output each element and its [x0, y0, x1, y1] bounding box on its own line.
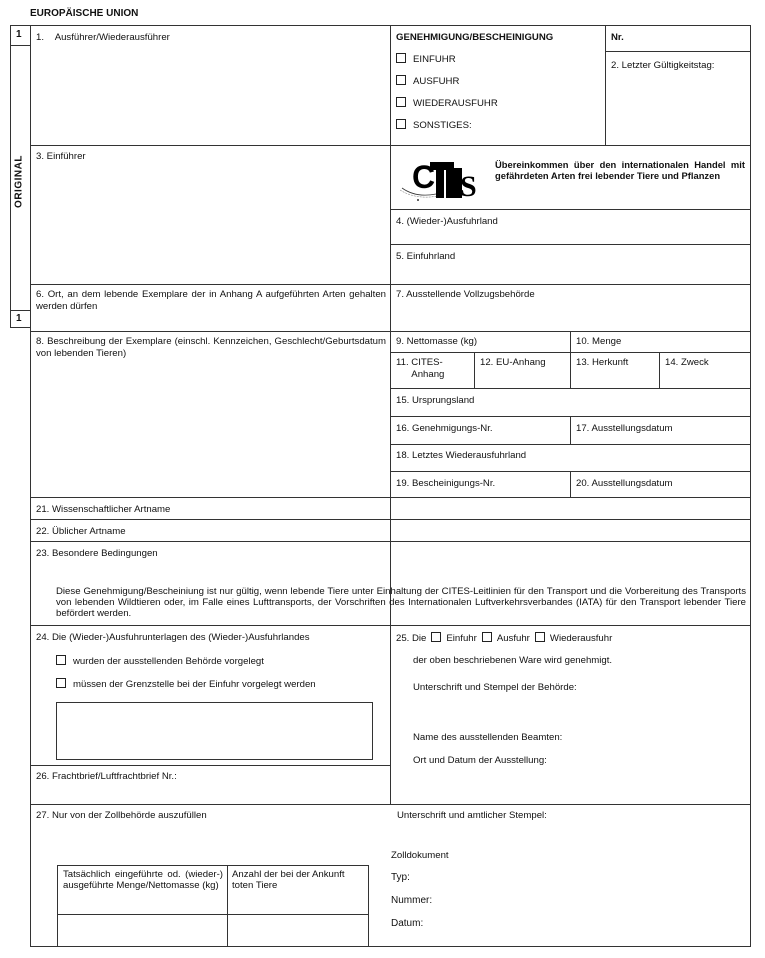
form-header-title: EUROPÄISCHE UNION	[30, 8, 138, 19]
box15-origin-country-field[interactable]: 15. Ursprungsland	[396, 395, 474, 407]
box3-importer-field[interactable]: 3. Einführer	[36, 151, 86, 163]
margin-bottom	[10, 327, 30, 328]
row-sep-22	[30, 541, 750, 542]
margin-divider-top	[10, 45, 30, 46]
option-ausfuhr[interactable]: AUSFUHR	[396, 75, 459, 88]
row-sep-21	[30, 519, 750, 520]
box14-purpose-field[interactable]: 14. Zweck	[665, 357, 709, 369]
box24-entry-area[interactable]	[56, 702, 373, 760]
margin-divider-bottom	[10, 310, 30, 311]
cites-convention-text: Übereinkommen über den internationalen H…	[495, 159, 745, 181]
margin-left	[10, 25, 11, 328]
box2-expiry-field[interactable]: 2. Letzter Gültigkeitstag:	[611, 60, 714, 72]
mask-18	[568, 445, 572, 471]
checkbox-25-wiederausfuhr[interactable]	[535, 632, 545, 642]
customs-date-field[interactable]: Datum:	[391, 918, 423, 930]
box9-net-mass-field[interactable]: 9. Nettomasse (kg)	[396, 336, 477, 348]
box16-permit-number-field[interactable]: 16. Genehmigungs-Nr.	[396, 423, 493, 435]
box27-customs-label: 27. Nur von der Zollbehörde auszufüllen	[36, 810, 207, 822]
box22-common-name-field[interactable]: 22. Üblicher Artname	[36, 526, 126, 538]
box10-quantity-field[interactable]: 10. Menge	[576, 336, 621, 348]
box11-cites-appendix-field[interactable]: 11. CITES-Anhang	[396, 357, 451, 381]
permit-type-title: GENEHMIGUNG/BESCHEINIGUNG	[396, 32, 553, 44]
option-wiederausfuhr[interactable]: WIEDERAUSFUHR	[396, 97, 498, 110]
frame-left	[30, 25, 31, 947]
box19-certificate-number-field[interactable]: 19. Bescheinigungs-Nr.	[396, 478, 495, 490]
copy-number-bottom: 1	[16, 313, 22, 324]
box26-waybill-field[interactable]: 26. Frachtbrief/Luftfrachtbrief Nr.:	[36, 771, 177, 783]
box20-issue-date-field[interactable]: 20. Ausstellungsdatum	[576, 478, 673, 490]
row-sep-19	[30, 497, 750, 498]
checkbox-25-einfuhr[interactable]	[431, 632, 441, 642]
row-sep-4	[390, 244, 750, 245]
customs-type-field[interactable]: Typ:	[391, 872, 410, 884]
box25-approval-line[interactable]: 25. DieEinfuhrAusfuhrWiederausfuhr	[396, 632, 612, 645]
box24-documents-label: 24. Die (Wieder-)Ausfuhrunterlagen des (…	[36, 632, 310, 644]
box12-eu-annex-field[interactable]: 12. EU-Anhang	[480, 357, 546, 369]
box25-place-date-label: Ort und Datum der Ausstellung:	[413, 755, 547, 767]
box5-import-country-field[interactable]: 5. Einfuhrland	[396, 251, 455, 263]
row-sep-1	[30, 145, 750, 146]
box8-description-field[interactable]: 8. Beschreibung der Exemplare (einschl. …	[36, 336, 386, 360]
checkbox-25-ausfuhr[interactable]	[482, 632, 492, 642]
checkbox-ausfuhr[interactable]	[396, 75, 406, 85]
nr-divider	[605, 25, 606, 145]
row-sep-5	[30, 284, 750, 285]
box17-issue-date-field[interactable]: 17. Ausstellungsdatum	[576, 423, 673, 435]
box6-holding-place-field[interactable]: 6. Ort, an dem lebende Exemplare der in …	[36, 289, 386, 313]
option-sonstiges[interactable]: SONSTIGES:	[396, 119, 472, 132]
customs-table-header-dead-animals: Anzahl der bei der Ankunft toten Tiere	[232, 869, 364, 891]
box24-option-submitted[interactable]: wurden der ausstellenden Behörde vorgele…	[56, 655, 264, 668]
row-sep-6	[30, 331, 750, 332]
box23-special-conditions-label: 23. Besondere Bedingungen	[36, 548, 158, 560]
row-sep-cites	[390, 209, 750, 210]
box18-last-reexport-country-field[interactable]: 18. Letztes Wiederausfuhrland	[396, 450, 526, 462]
box1-exporter-field[interactable]: 1. Ausführer/Wiederausführer	[36, 32, 170, 44]
svg-text:S: S	[460, 170, 477, 203]
row-sep-23	[30, 625, 750, 626]
row-sep-24	[30, 765, 390, 766]
box21-scientific-name-field[interactable]: 21. Wissenschaftlicher Artname	[36, 504, 170, 516]
copy-label-original: ORIGINAL	[12, 152, 26, 212]
box25-approval-text: der oben beschriebenen Ware wird genehmi…	[413, 655, 612, 667]
copy-number-top: 1	[16, 29, 22, 40]
box27-signature-label: Unterschrift und amtlicher Stempel:	[397, 810, 547, 822]
box13-source-field[interactable]: 13. Herkunft	[576, 357, 628, 369]
box4-export-country-field[interactable]: 4. (Wieder-)Ausfuhrland	[396, 216, 498, 228]
customs-document-label: Zolldokument	[391, 850, 449, 862]
box23-conditions-text: Diese Genehmigung/Bescheiniung ist nur g…	[56, 586, 746, 619]
nr-underline	[605, 51, 750, 52]
box25-signature-label: Unterschrift und Stempel der Behörde:	[413, 682, 577, 694]
checkbox-wiederausfuhr[interactable]	[396, 97, 406, 107]
row-sep-18	[390, 471, 750, 472]
customs-quantity-cell[interactable]	[58, 915, 226, 945]
cites-logo-icon: C S	[396, 150, 492, 204]
customs-table-header-quantity: Tatsächlich eingeführte od. (wieder-) au…	[63, 869, 223, 891]
permit-number-field[interactable]: Nr.	[611, 32, 624, 44]
box7-issuing-authority-field[interactable]: 7. Ausstellende Vollzugsbehörde	[396, 289, 535, 301]
row-sep-15	[390, 416, 750, 417]
checkbox-submitted[interactable]	[56, 655, 66, 665]
col-sep-13-14	[659, 352, 660, 388]
checkbox-sonstiges[interactable]	[396, 119, 406, 129]
row-sep-9	[390, 352, 750, 353]
frame-top	[10, 25, 750, 26]
box24-option-to-present[interactable]: müssen der Grenzstelle bei der Einfuhr v…	[56, 678, 316, 691]
mask-15	[568, 389, 572, 416]
col-sep-11-12	[474, 352, 475, 388]
frame-right	[750, 25, 751, 947]
checkbox-to-present[interactable]	[56, 678, 66, 688]
checkbox-einfuhr[interactable]	[396, 53, 406, 63]
box25-official-name-label: Name des ausstellenden Beamten:	[413, 732, 562, 744]
option-einfuhr[interactable]: EINFUHR	[396, 53, 456, 66]
customs-number-field[interactable]: Nummer:	[391, 895, 432, 907]
customs-dead-animals-cell[interactable]	[228, 915, 366, 945]
